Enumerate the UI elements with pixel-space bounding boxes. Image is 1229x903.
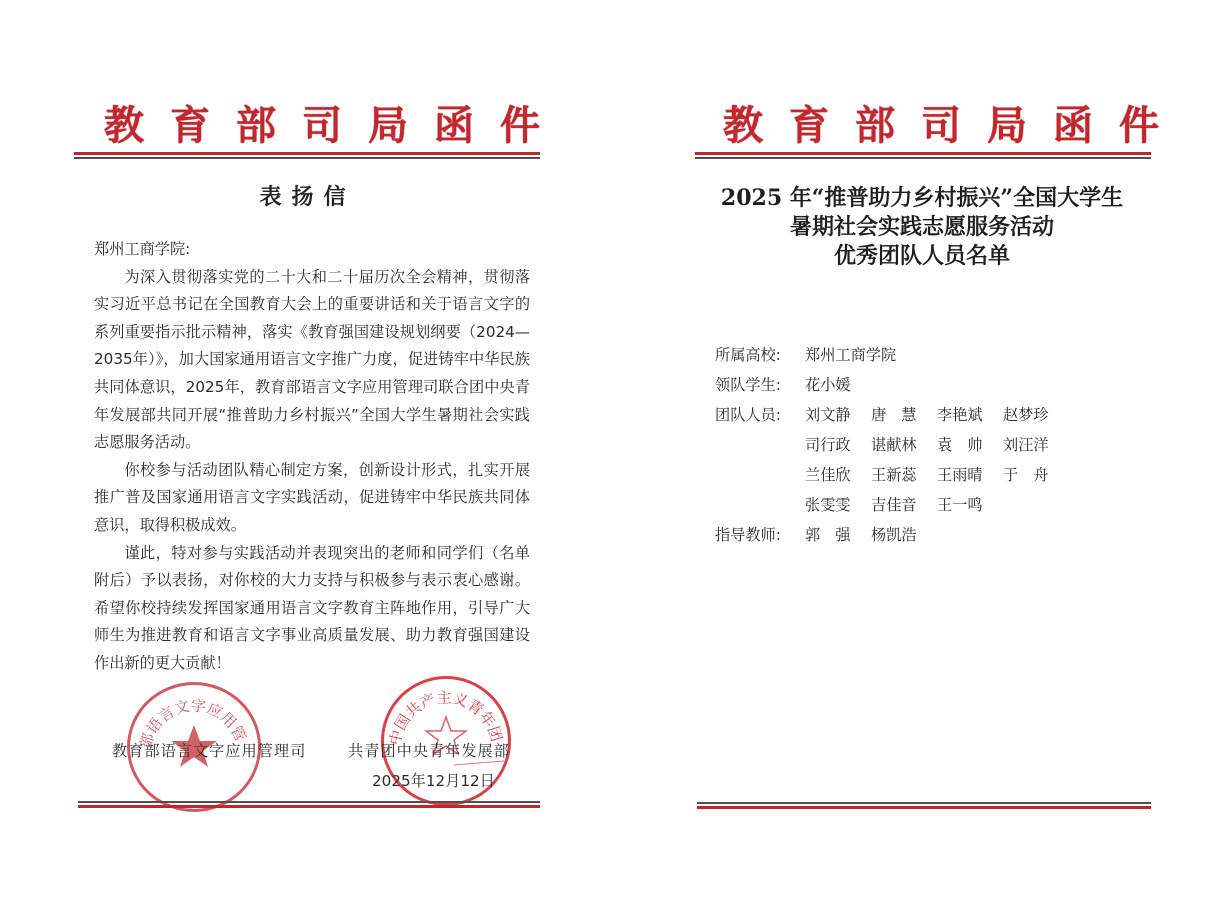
header-divider (74, 152, 540, 159)
footer-divider (78, 801, 540, 808)
masthead-title: 教育部司局函件 (723, 94, 1185, 151)
roster-row-members: 团队人员: 刘文静 唐慧 李艳斌 赵梦珍 司行政 谌献林 袁帅 刘汪洋 兰佳欣 … (715, 400, 1075, 520)
member-name: 司行政 (805, 430, 871, 460)
signature-youth-dept: 共青团中央青年发展部 (348, 740, 510, 761)
members-label: 团队人员: (715, 400, 805, 520)
member-name: 谌献林 (871, 430, 937, 460)
advisors-label: 指导教师: (715, 520, 805, 550)
advisor-name: 郭强 (805, 520, 871, 550)
member-name: 吉佳音 (871, 490, 937, 520)
member-name: 于舟 (1003, 460, 1069, 490)
roster-title: 2025 年“推普助力乡村振兴”全国大学生 暑期社会实践志愿服务活动 优秀团队人… (615, 184, 1229, 271)
roster-row-leader: 领队学生: 花小媛 (715, 370, 1075, 400)
signature-language-dept: 教育部语言文字应用管理司 (112, 740, 306, 761)
leader-label: 领队学生: (715, 370, 805, 400)
advisor-names: 郭强 杨凯浩 (805, 520, 1075, 550)
letter-title: 表扬信 (0, 180, 615, 211)
roster-row-school: 所属高校: 郑州工商学院 (715, 340, 1075, 370)
member-name: 赵梦珍 (1003, 400, 1069, 430)
member-name: 袁帅 (937, 430, 1003, 460)
member-name: 王一鸣 (937, 490, 1003, 520)
leader-value: 花小媛 (805, 370, 851, 400)
letter-date: 2025年12月12日 (372, 770, 495, 791)
footer-divider (697, 802, 1151, 809)
letter-body: 郑州工商学院: 为深入贯彻落实党的二十大和二十届历次全会精神，贯彻落实习近平总书… (94, 236, 530, 678)
header-divider (695, 152, 1151, 159)
member-name: 兰佳欣 (805, 460, 871, 490)
member-name: 刘汪洋 (1003, 430, 1069, 460)
masthead-title: 教育部司局函件 (104, 94, 566, 151)
roster-title-line-3: 优秀团队人员名单 (615, 242, 1229, 271)
member-names: 刘文静 唐慧 李艳斌 赵梦珍 司行政 谌献林 袁帅 刘汪洋 兰佳欣 王新蕊 王雨… (805, 400, 1075, 520)
member-name: 王新蕊 (871, 460, 937, 490)
paragraph-3: 谨此，特对参与实践活动并表现突出的老师和同学们（名单附后）予以表扬，对你校的大力… (94, 540, 530, 678)
advisor-name: 杨凯浩 (871, 520, 937, 550)
team-roster-page: 教育部司局函件 2025 年“推普助力乡村振兴”全国大学生 暑期社会实践志愿服务… (615, 0, 1229, 903)
member-name: 王雨晴 (937, 460, 1003, 490)
roster-row-advisors: 指导教师: 郭强 杨凯浩 (715, 520, 1075, 550)
school-label: 所属高校: (715, 340, 805, 370)
member-name: 唐慧 (871, 400, 937, 430)
roster-list: 所属高校: 郑州工商学院 领队学生: 花小媛 团队人员: 刘文静 唐慧 李艳斌 … (715, 340, 1075, 550)
member-name: 刘文静 (805, 400, 871, 430)
roster-title-line-2: 暑期社会实践志愿服务活动 (615, 213, 1229, 242)
roster-title-line-1: 2025 年“推普助力乡村振兴”全国大学生 (615, 184, 1229, 213)
member-name: 李艳斌 (937, 400, 1003, 430)
school-value: 郑州工商学院 (805, 340, 896, 370)
paragraph-1: 为深入贯彻落实党的二十大和二十届历次全会精神，贯彻落实习近平总书记在全国教育大会… (94, 264, 530, 457)
paragraph-2: 你校参与活动团队精心制定方案，创新设计形式，扎实开展推广普及国家通用语言文字实践… (94, 457, 530, 540)
member-name: 张雯雯 (805, 490, 871, 520)
commendation-letter-page: 教育部司局函件 表扬信 郑州工商学院: 为深入贯彻落实党的二十大和二十届历次全会… (0, 0, 615, 903)
salutation: 郑州工商学院: (94, 236, 530, 264)
